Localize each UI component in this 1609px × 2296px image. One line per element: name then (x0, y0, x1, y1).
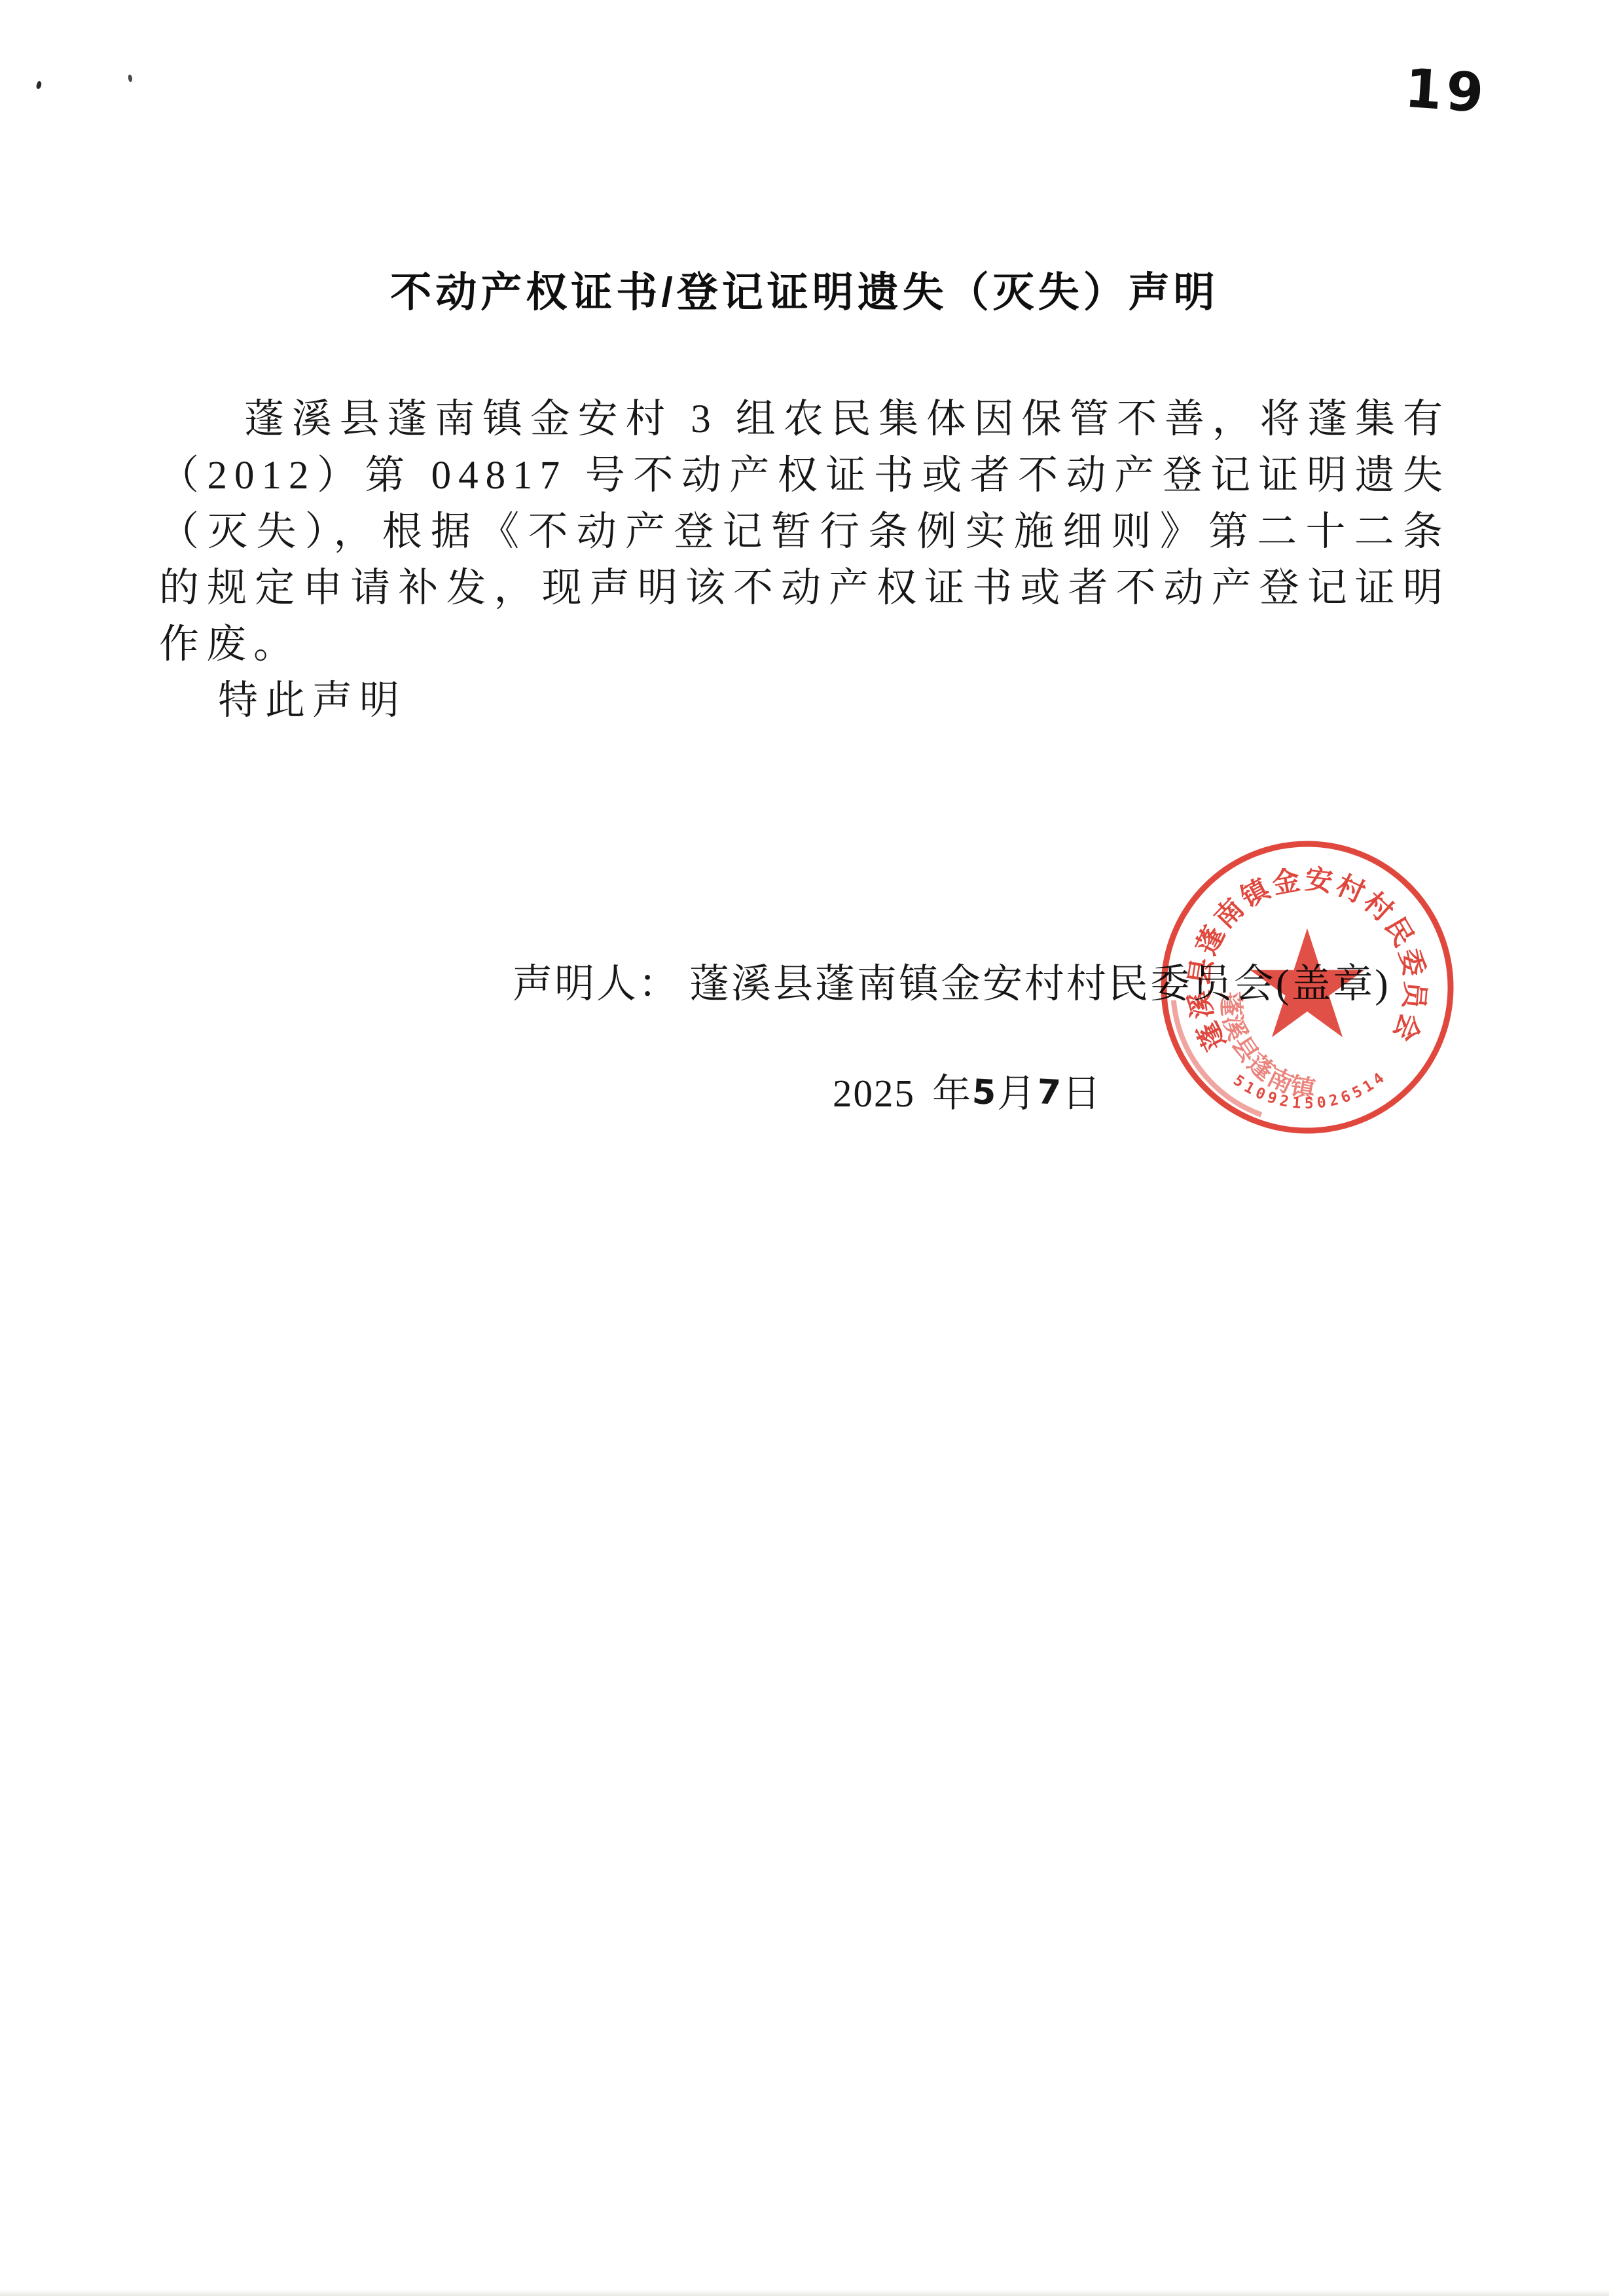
document-title: 不动产权证书/登记证明遗失（灭失）声明 (0, 259, 1609, 319)
handwritten-page-number: 19 (1403, 58, 1489, 126)
ink-speck (35, 81, 42, 90)
declarant-label: 声明人： (513, 962, 680, 1006)
date-month-unit: 月 (997, 1072, 1037, 1115)
scanned-declaration-page: 19 不动产权证书/登记证明遗失（灭失）声明 蓬溪县蓬南镇金安村 3 组农民集体… (0, 0, 1609, 2296)
seal-star-icon (1250, 928, 1365, 1037)
date-day-handwritten: 7 (1036, 1072, 1063, 1113)
date-month-handwritten: 5 (971, 1072, 998, 1113)
declaration-body: 蓬溪县蓬南镇金安村 3 组农民集体因保管不善，将蓬集有（2012）第 04817… (159, 392, 1450, 729)
date-day-unit: 日 (1062, 1072, 1102, 1115)
closing-statement: 特此声明 (159, 673, 1450, 729)
declaration-paragraph: 蓬溪县蓬南镇金安村 3 组农民集体因保管不善，将蓬集有（2012）第 04817… (159, 392, 1450, 673)
date-year: 2025 (833, 1072, 915, 1115)
ink-speck (128, 75, 132, 82)
official-seal: 蓬溪县蓬南镇金安村村民委员会 蓬溪县蓬南镇 5109215026514 (1157, 837, 1458, 1138)
declaration-date: 2025年5月7日 (833, 1062, 1102, 1118)
date-year-unit: 年 (932, 1072, 972, 1115)
